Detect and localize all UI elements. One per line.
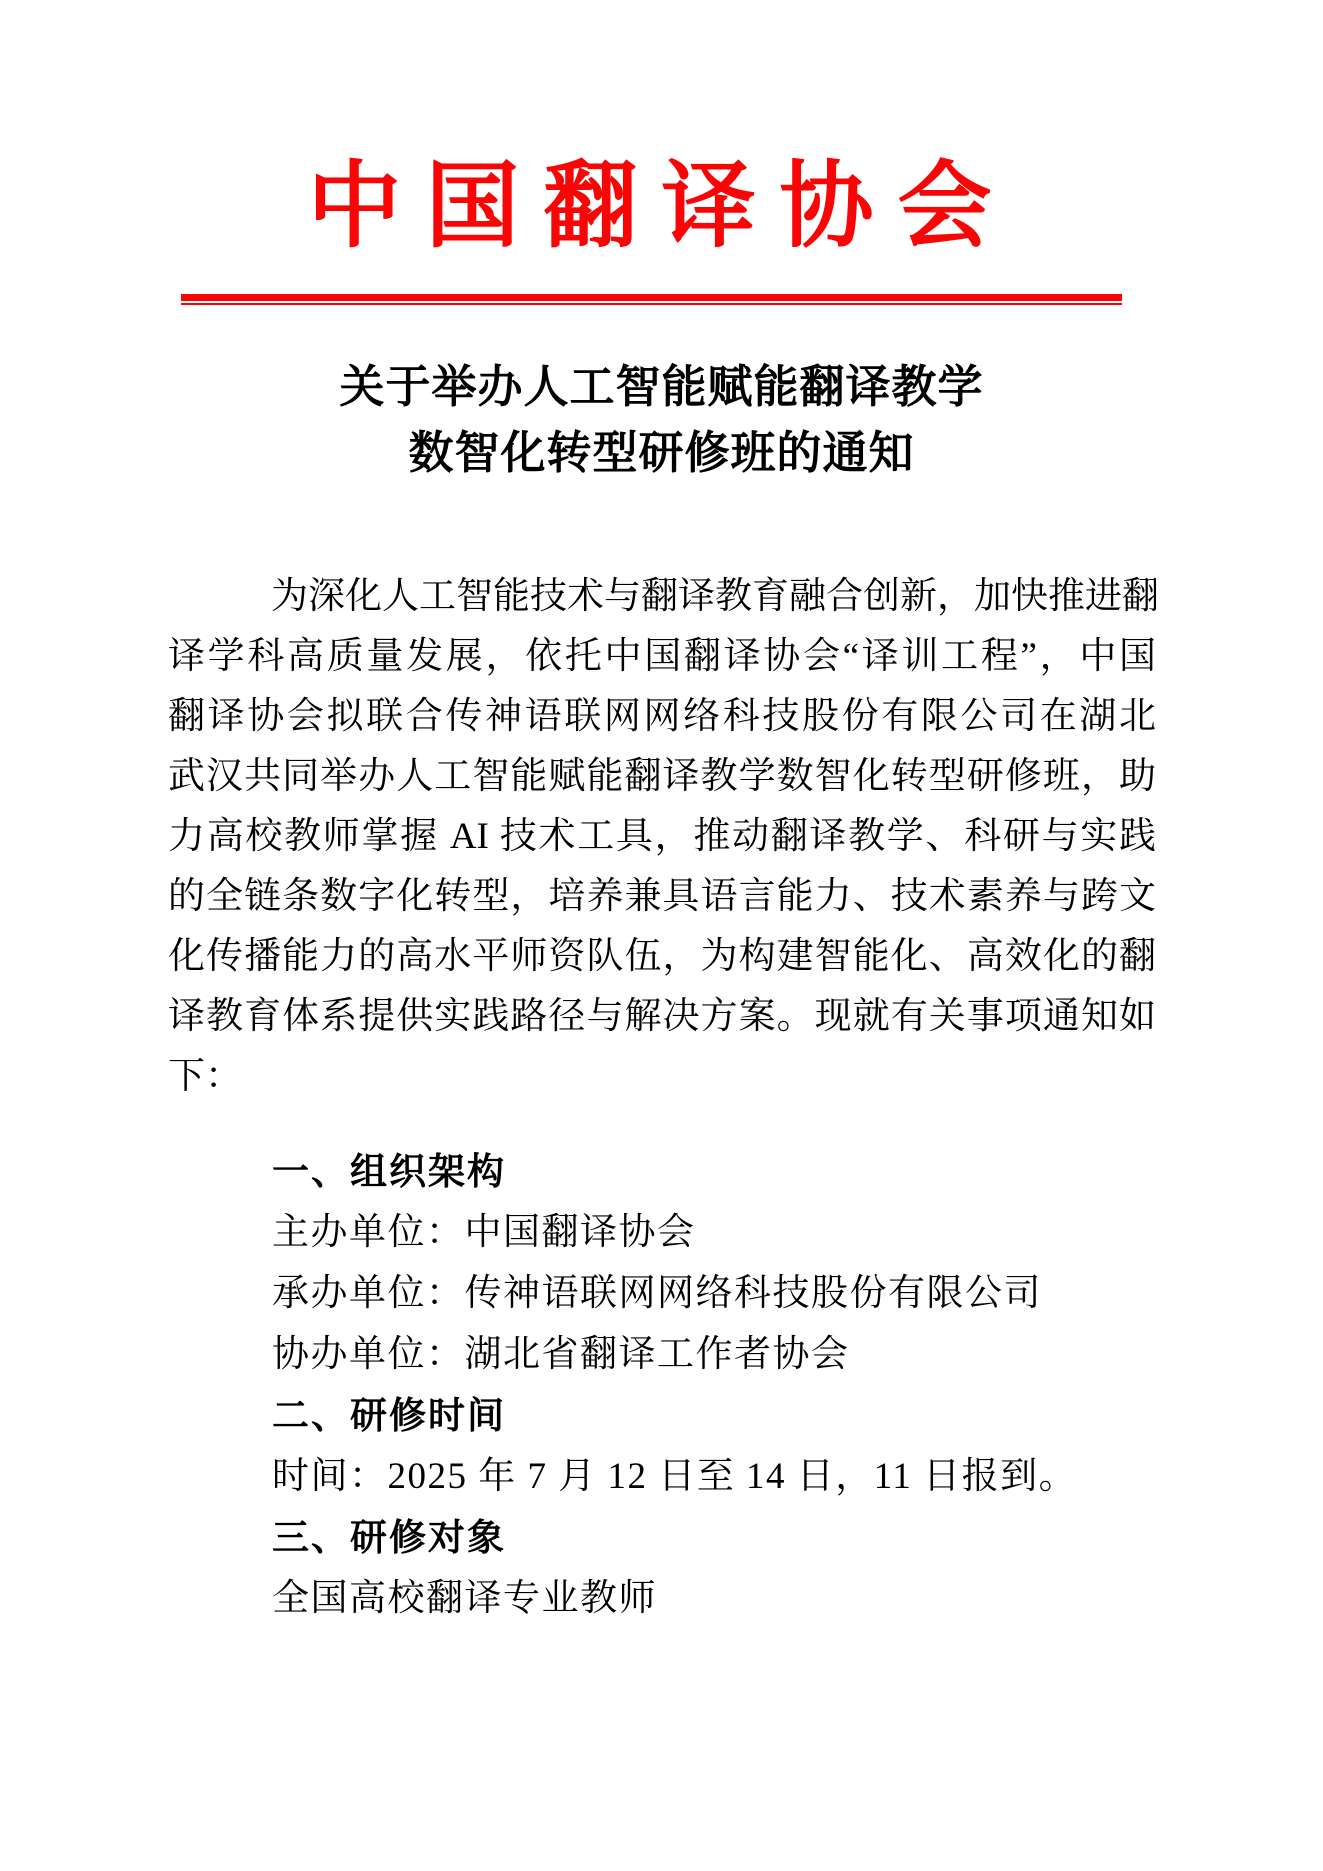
document-page: 中国翻译协会 关于举办人工智能赋能翻译教学 数智化转型研修班的通知 为深化人工智… [0, 0, 1323, 1871]
letterhead-rule [181, 294, 1122, 305]
paragraph-line: 译教育体系提供实践路径与解决方案。现就有关事项通知如 [168, 987, 1156, 1047]
paragraph-line: 为深化人工智能技术与翻译教育融合创新，加快推进翻 [168, 567, 1156, 627]
section-1-item-coorganizer: 协办单位：湖北省翻译工作者协会 [168, 1324, 1156, 1385]
section-3-item-audience: 全国高校翻译专业教师 [168, 1568, 1156, 1629]
paragraph-line: 的全链条数字化转型，培养兼具语言能力、技术素养与跨文 [168, 867, 1156, 927]
paragraph-line: 下： [168, 1047, 1156, 1107]
section-2-heading: 二、研修时间 [168, 1385, 1156, 1446]
section-1-item-organizer: 承办单位：传神语联网网络科技股份有限公司 [168, 1263, 1156, 1324]
document-body: 为深化人工智能技术与翻译教育融合创新，加快推进翻 译学科高质量发展，依托中国翻译… [168, 567, 1156, 1629]
letterhead-org-name: 中国翻译协会 [0, 150, 1323, 262]
section-1-heading: 一、组织架构 [168, 1141, 1156, 1202]
intro-paragraph: 为深化人工智能技术与翻译教育融合创新，加快推进翻 译学科高质量发展，依托中国翻译… [168, 567, 1156, 1107]
paragraph-line: 译学科高质量发展，依托中国翻译协会“译训工程”，中国 [168, 627, 1156, 687]
document-title-line1: 关于举办人工智能赋能翻译教学 [0, 354, 1323, 420]
section-2-item-time: 时间：2025 年 7 月 12 日至 14 日，11 日报到。 [168, 1446, 1156, 1507]
paragraph-line: 化传播能力的高水平师资队伍，为构建智能化、高效化的翻 [168, 927, 1156, 987]
document-title: 关于举办人工智能赋能翻译教学 数智化转型研修班的通知 [0, 354, 1323, 486]
sections: 一、组织架构 主办单位：中国翻译协会 承办单位：传神语联网网络科技股份有限公司 … [168, 1141, 1156, 1629]
section-3-heading: 三、研修对象 [168, 1507, 1156, 1568]
letterhead-rule-thick-line [181, 294, 1122, 301]
paragraph-line: 翻译协会拟联合传神语联网网络科技股份有限公司在湖北 [168, 687, 1156, 747]
paragraph-line: 武汉共同举办人工智能赋能翻译教学数智化转型研修班，助 [168, 747, 1156, 807]
section-1-item-host: 主办单位：中国翻译协会 [168, 1202, 1156, 1263]
document-title-line2: 数智化转型研修班的通知 [0, 420, 1323, 486]
paragraph-line: 力高校教师掌握 AI 技术工具，推动翻译教学、科研与实践 [168, 807, 1156, 867]
letterhead-rule-thin-line [181, 303, 1122, 305]
